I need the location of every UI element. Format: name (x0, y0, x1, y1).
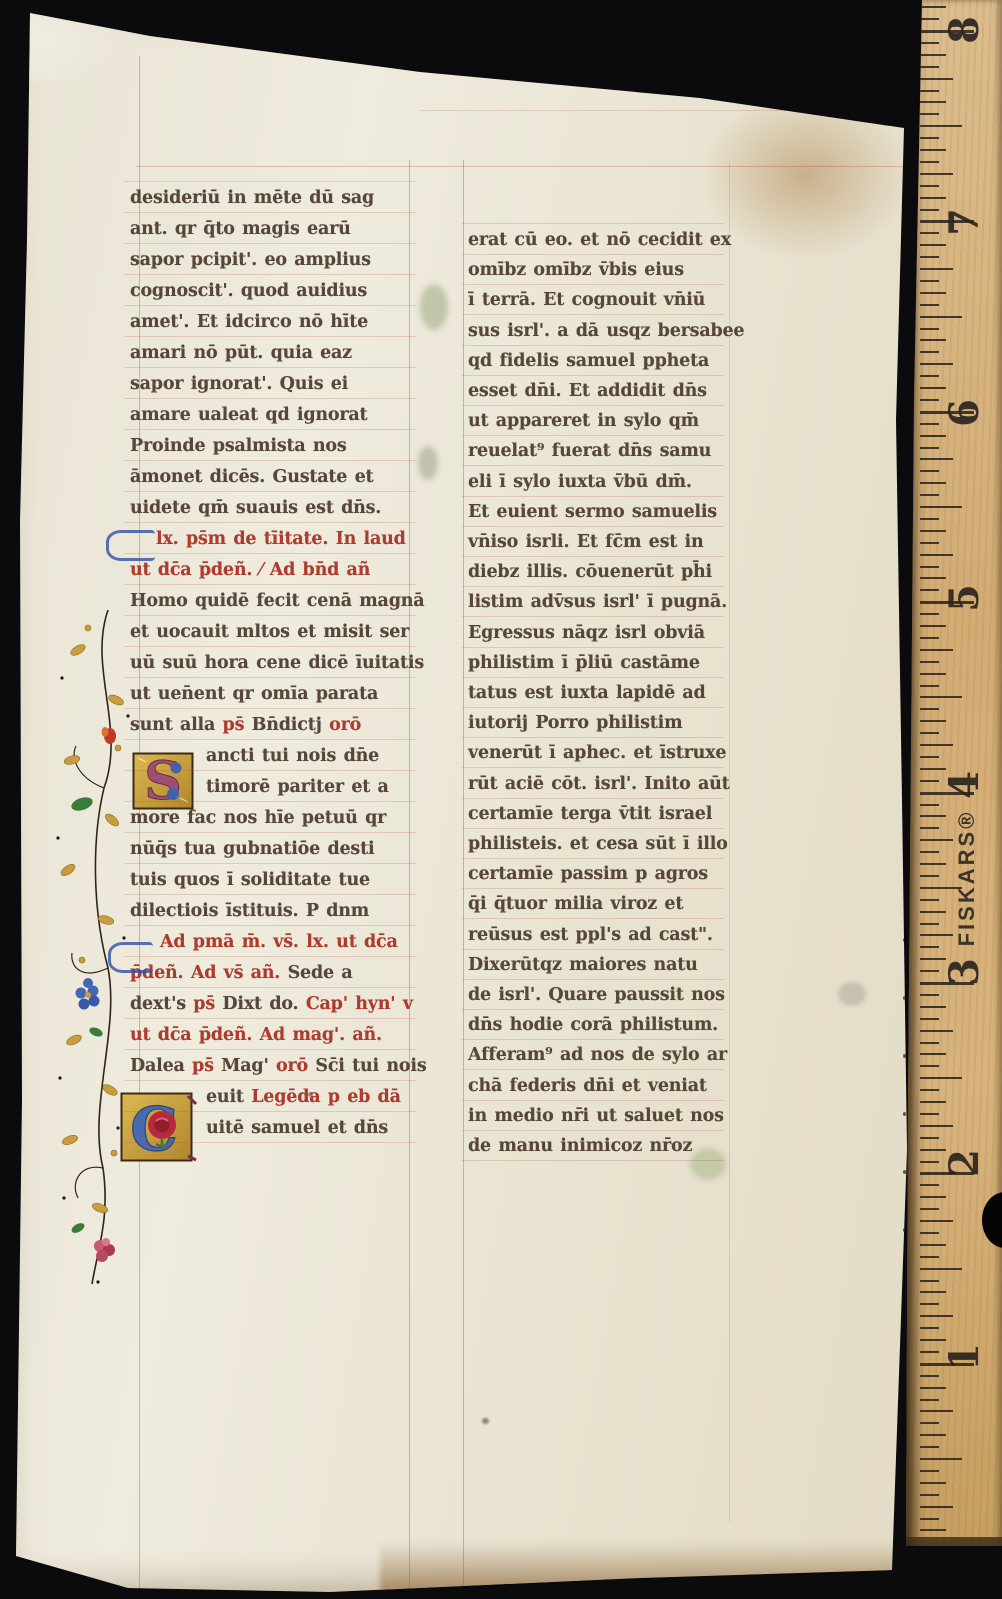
ruler-tick (920, 970, 939, 972)
ruler-tick (920, 1184, 939, 1186)
ruling-line-horizontal (462, 737, 724, 738)
ruler-tick (920, 149, 946, 151)
ruler-tick (920, 744, 953, 746)
text-segment: ant. qr q̄to magis earū (130, 219, 351, 239)
ruler-tick (920, 304, 939, 306)
ruling-line-horizontal (124, 584, 416, 585)
ruling-line-horizontal (124, 677, 416, 678)
text-segment: philistim ī p̄liū castāme (468, 653, 700, 673)
ruling-line-horizontal (462, 858, 724, 859)
text-segment: sus isrl'. a dā usqz bersabee (468, 321, 744, 341)
ruler-tick (920, 566, 939, 568)
text-line: uidete qm̄ suauis est dn̄s. (130, 498, 381, 518)
ruling-line-horizontal (462, 616, 724, 617)
text-segment: Proinde psalmista nos (130, 436, 347, 456)
ruling-line-horizontal (462, 496, 724, 497)
text-line: listim adv̄sus isrl' ī pugnā. (468, 592, 727, 612)
text-line: de isrl'. Quare paussit nos (468, 985, 725, 1005)
ruling-line-horizontal (124, 398, 416, 399)
ruler-tick (920, 1244, 946, 1246)
text-line: Ad pmā m̄. vs̄. lx. ut dc̄a (160, 932, 398, 952)
text-line: uitē samuel et dn̄s (206, 1118, 388, 1138)
gutter-stain (418, 446, 438, 480)
text-line: desideriū in mēte dū sag (130, 188, 374, 208)
ruler-tick (920, 66, 939, 68)
text-line: Et euient sermo samuelis (468, 502, 717, 522)
ruler-tick (920, 1506, 953, 1508)
ruling-line-horizontal (124, 243, 416, 244)
ruler-tick (920, 673, 946, 675)
text-segment: ut appareret in sylo qm̄ (468, 411, 699, 431)
ruling-line-horizontal (462, 677, 724, 678)
text-line: certamīe terga v̄tit israel (468, 804, 712, 824)
text-segment: et uocauit mltos et misit ser (130, 622, 409, 642)
ruling-line-horizontal (462, 647, 724, 648)
ruler-tick (920, 875, 939, 877)
pricking-hole (903, 938, 906, 942)
text-segment: eli ī sylo iuxta v̄bū dm̄. (468, 472, 692, 492)
ruler-tick (920, 232, 939, 234)
ruler-tick (920, 1387, 946, 1389)
ruling-line-horizontal (462, 586, 724, 587)
text-line: et uocauit mltos et misit ser (130, 622, 409, 642)
ruler-tick (920, 423, 939, 425)
pricking-hole (903, 1170, 906, 1174)
bottom-edge-browning (380, 1540, 900, 1595)
ruling-line-horizontal (462, 767, 724, 768)
ruler-tick (920, 125, 962, 127)
ruling-line-horizontal (124, 181, 416, 182)
text-segment: rūt aciē cōt. isrl'. Inito aūt (468, 774, 730, 794)
ruler-tick (920, 923, 939, 925)
ruler-tick (920, 1529, 946, 1531)
ruling-line-horizontal (124, 429, 416, 430)
text-segment: more fac nos hīe petuū qr (130, 808, 386, 828)
ruling-line-horizontal (462, 405, 724, 406)
text-line: Afferam⁹ ad nos de sylo ar (468, 1045, 727, 1065)
ruler-tick (920, 625, 946, 627)
ruler-tick (920, 482, 946, 484)
ruler-tick (920, 589, 939, 591)
pricking-hole (903, 648, 906, 652)
pricking-hole (903, 706, 906, 710)
ruler-tick (920, 911, 946, 913)
ruler-tick (920, 18, 939, 20)
text-segment: uū suū hora cene dicē īuitatis (130, 653, 424, 673)
text-line: philisteis. et cesa sūt ī illo (468, 834, 728, 854)
text-segment: tuis quos ī soliditate tue (130, 870, 370, 890)
ruling-line-horizontal (124, 522, 416, 523)
text-segment: Egressus nāqz isrl obviā (468, 623, 705, 643)
text-segment: orō (276, 1056, 315, 1076)
ruler-tick (920, 1256, 939, 1258)
text-line: esset dn̄i. Et addidit dn̄s (468, 381, 707, 401)
ruler-tick (920, 268, 953, 270)
ruler-tick (920, 387, 946, 389)
ruler-tick (920, 209, 939, 211)
ruling-line-horizontal (462, 556, 724, 557)
text-segment: dext's (130, 994, 193, 1014)
ruler-brand-label: FISKARS® (954, 798, 982, 958)
text-segment: p̄deñ. Ad vs̄ añ. (130, 963, 288, 983)
ruler-tick (920, 78, 953, 80)
text-segment: sunt alla (130, 715, 223, 735)
text-line: Homo quidē fecit cenā magnā (130, 591, 424, 611)
manuscript-leaf: S C desideriū in mēte dū sagant. qr q̄to… (0, 0, 1002, 1599)
text-segment: uitē samuel et dn̄s (206, 1118, 388, 1138)
pricking-hole (903, 880, 906, 884)
text-line: more fac nos hīe petuū qr (130, 808, 386, 828)
text-segment: reūsus est ppl's ad cast". (468, 925, 713, 945)
ruler-tick (920, 1470, 939, 1472)
text-segment: q̄i q̄tuor milia viroz et (468, 894, 683, 914)
ruler-tick (920, 375, 939, 377)
ruling-line-horizontal (420, 110, 906, 111)
ruler-tick (920, 1303, 939, 1305)
ruler-tick (920, 1137, 939, 1139)
ruler-hang-hole (982, 1192, 1002, 1248)
ruling-line-horizontal (124, 739, 416, 740)
ruler-tick (920, 1375, 939, 1377)
text-segment: diebz illis. cōuenerūt ph̄i (468, 562, 712, 582)
ruling-line-horizontal (124, 832, 416, 833)
ruling-line-horizontal (124, 925, 416, 926)
text-line: ut uen̄ent qr omīa parata (130, 684, 378, 704)
ruler-tick (920, 256, 939, 258)
text-line: amare ualeat qd ignorat (130, 405, 367, 425)
ruling-line-horizontal (124, 646, 416, 647)
ruling-line-vertical (409, 160, 410, 1588)
ruler-tick (920, 292, 946, 294)
text-line: dilectiois īstituis. P dnm (130, 901, 369, 921)
text-segment: timorē pariter et a (206, 777, 389, 797)
text-line: qd fidelis samuel ppheta (468, 351, 709, 371)
text-segment: euit (206, 1087, 251, 1107)
ruling-line-horizontal (124, 553, 416, 554)
text-line: timorē pariter et a (206, 777, 389, 797)
ruler-tick (920, 1327, 939, 1329)
ruler-tick (920, 1232, 939, 1234)
blue-paragraph-bracket (106, 530, 155, 561)
text-segment: ut dc̄a p̄deñ. ⁄ Ad bn̄d añ (130, 560, 370, 580)
ruling-line-horizontal (124, 1111, 416, 1112)
text-line: reuelat⁹ fuerat dn̄s samu (468, 441, 711, 461)
ruler-tick (920, 530, 946, 532)
text-segment: nūq̄s tua gubnatiōe desti (130, 839, 374, 859)
text-segment: reuelat⁹ fuerat dn̄s samu (468, 441, 711, 461)
ruling-line-horizontal (124, 1142, 416, 1143)
text-line: euit Legēda p eb dā (206, 1087, 401, 1107)
ruler-tick (920, 137, 939, 139)
text-segment: Bn̄dictj (252, 715, 329, 735)
pricking-hole (903, 1286, 906, 1290)
text-segment: qd fidelis samuel ppheta (468, 351, 709, 371)
text-line: q̄i q̄tuor milia viroz et (468, 894, 683, 914)
text-line: ancti tui nois dn̄e (206, 746, 379, 766)
text-line: p̄deñ. Ad vs̄ añ. Sede a (130, 963, 352, 983)
text-line: ī terrā. Et cognouit vn̄iū (468, 290, 705, 310)
ruling-line-horizontal (124, 770, 416, 771)
ruler-tick (920, 506, 962, 508)
text-line: reūsus est ppl's ad cast". (468, 925, 713, 945)
illuminated-initial-c: C (120, 1092, 198, 1164)
ruler-tick (920, 101, 946, 103)
ruler-tick (920, 1482, 946, 1484)
photograph-of-manuscript-leaf-with-ruler: S C desideriū in mēte dū sagant. qr q̄to… (0, 0, 1002, 1599)
text-line: dext's ps̄ Dixt do. Cap' hyn' v (130, 994, 413, 1014)
blue-flower (76, 978, 100, 1010)
pink-flower (94, 1238, 115, 1262)
ruler-tick (920, 1089, 939, 1091)
ruler-tick (920, 685, 939, 687)
ruling-line-horizontal (462, 254, 724, 255)
ruler-tick (920, 1291, 946, 1293)
ruler-tick (920, 1125, 953, 1127)
ruler-tick (920, 458, 953, 460)
ruling-line-horizontal (462, 284, 724, 285)
ruler-tick (920, 447, 939, 449)
ruling-line-horizontal (462, 223, 724, 224)
ruler-tick (920, 696, 962, 698)
ruling-line-horizontal (124, 1018, 416, 1019)
ruler-inch-number: 7 (941, 199, 985, 245)
ruling-line-horizontal (462, 979, 724, 980)
text-line: uū suū hora cene dicē īuitatis (130, 653, 424, 673)
ruling-line-horizontal (462, 949, 724, 950)
ruler-inch-number: 2 (941, 1140, 985, 1186)
ruler-tick (920, 185, 939, 187)
text-segment: ps̄ (192, 1056, 221, 1076)
text-line: erat cū eo. et nō cecidit ex (468, 230, 731, 250)
ruler-tick (920, 1018, 939, 1020)
text-segment: listim adv̄sus isrl' ī pugnā. (468, 592, 727, 612)
text-segment: Sc̄i tui nois (315, 1056, 426, 1076)
ruling-line-horizontal (124, 274, 416, 275)
ruler-tick (920, 494, 939, 496)
text-line: amari nō pūt. quia eaz (130, 343, 352, 363)
red-bud (102, 727, 117, 744)
grey-smudge (838, 982, 866, 1006)
text-line: Proinde psalmista nos (130, 436, 347, 456)
ruling-line-horizontal (136, 166, 906, 167)
ruler-tick (920, 1446, 939, 1448)
ruling-line-horizontal (124, 801, 416, 802)
ruling-line-horizontal (124, 987, 416, 988)
text-line: venerūt ī aphec. et īstruxe (468, 743, 726, 763)
ruler-tick (920, 613, 939, 615)
ruler-tick (920, 732, 939, 734)
ruling-line-horizontal (462, 435, 724, 436)
ruling-line-horizontal (462, 345, 724, 346)
ruler-tick (920, 661, 939, 663)
pricking-hole (903, 1402, 906, 1406)
text-line: sus isrl'. a dā usqz bersabee (468, 321, 744, 341)
ruling-line-horizontal (462, 1160, 724, 1161)
text-line: in medio nr̄i ut saluet nos (468, 1106, 724, 1126)
ruler-tick (920, 994, 939, 996)
ruler-tick (920, 1434, 946, 1436)
ruling-line-horizontal (124, 1049, 416, 1050)
ruling-line-horizontal (462, 828, 724, 829)
text-line: chā federis dn̄i et veniat (468, 1076, 707, 1096)
text-line: Egressus nāqz isrl obviā (468, 623, 705, 643)
text-segment: sapor pcipit'. eo amplius (130, 250, 371, 270)
pricking-hole (903, 764, 906, 768)
ruling-line-horizontal (124, 708, 416, 709)
ruler-tick (920, 399, 939, 401)
text-segment: ī terrā. Et cognouit vn̄iū (468, 290, 705, 310)
ruler-tick (920, 351, 939, 353)
ruler-tick (920, 1422, 939, 1424)
ruling-line-horizontal (124, 367, 416, 368)
ruler-tick (920, 946, 939, 948)
pricking-hole (903, 1112, 906, 1116)
browned-corner-stain (700, 90, 910, 260)
ruling-line-horizontal (124, 863, 416, 864)
text-segment: āmonet dicēs. Gustate et (130, 467, 373, 487)
ruling-line-horizontal (462, 1069, 724, 1070)
text-line: tatus est iuxta lapidē ad (468, 683, 706, 703)
text-line: cognoscit'. quod auidius (130, 281, 367, 301)
ruler-tick (920, 1518, 939, 1520)
ruler-tick (920, 1065, 939, 1067)
ruler-tick (920, 637, 939, 639)
text-line: omībz omībz v̄bis eius (468, 260, 684, 280)
ruling-line-horizontal (462, 314, 724, 315)
ruling-line-horizontal (462, 707, 724, 708)
text-line: philistim ī p̄liū castāme (468, 653, 700, 673)
ruling-line-horizontal (462, 1009, 724, 1010)
pricking-hole (903, 590, 906, 594)
ruler-inch-number: 1 (941, 1334, 985, 1380)
text-line: tuis quos ī soliditate tue (130, 870, 370, 890)
ruling-line-horizontal (124, 336, 416, 337)
text-segment: ancti tui nois dn̄e (206, 746, 379, 766)
text-segment: omībz omībz v̄bis eius (468, 260, 684, 280)
text-segment: in medio nr̄i ut saluet nos (468, 1106, 724, 1126)
ruler-tick (920, 804, 939, 806)
pricking-hole (903, 1460, 906, 1464)
ruler-tick (920, 827, 939, 829)
text-segment: Legēda p eb dā (251, 1087, 401, 1107)
gold-leaves (59, 625, 125, 1214)
text-line: sunt alla ps̄ Bn̄dictj orō (130, 715, 361, 735)
text-line: ant. qr q̄to magis earū (130, 219, 351, 239)
text-segment: lx. ps̄m de tīitate. In laud (156, 529, 406, 549)
text-segment: Dixt do. (222, 994, 305, 1014)
ruling-line-horizontal (124, 460, 416, 461)
wooden-ruler: 87654321 FISKARS® (906, 0, 1002, 1546)
text-line: amet'. Et idcirco nō hīte (130, 312, 368, 332)
text-segment: ps̄ (223, 715, 252, 735)
text-segment: Et euient sermo samuelis (468, 502, 717, 522)
ruling-line-horizontal (124, 615, 416, 616)
text-line: rūt aciē cōt. isrl'. Inito aūt (468, 774, 730, 794)
gutter-stain (420, 284, 448, 330)
text-segment: Mag' (221, 1056, 276, 1076)
ruler-tick (920, 90, 939, 92)
text-line: sapor ignorat'. Quis ei (130, 374, 348, 394)
text-line: certamīe passim p agros (468, 864, 708, 884)
ruler-tick (920, 756, 939, 758)
ruler-tick (920, 863, 946, 865)
ruler-tick (920, 1030, 953, 1032)
ruler-tick (920, 1006, 946, 1008)
ruler-tick (920, 720, 946, 722)
green-smudge (690, 1148, 726, 1180)
ruler-inch-number: 8 (941, 7, 985, 53)
text-segment: esset dn̄i. Et addidit dn̄s (468, 381, 707, 401)
text-line: Dixerūtqz maiores natu (468, 955, 698, 975)
text-segment: de manu inimicoz nr̄oz (468, 1136, 692, 1156)
text-segment: Ad pmā m̄. vs̄. lx. ut dc̄a (160, 932, 398, 952)
ruler-tick (920, 518, 939, 520)
text-segment: ps̄ (193, 994, 222, 1014)
text-segment: Dixerūtqz maiores natu (468, 955, 698, 975)
ruler-tick (920, 851, 939, 853)
ruler-tick (920, 54, 946, 56)
text-segment: Dalea (130, 1056, 192, 1076)
ruler-tick (920, 649, 953, 651)
ruler-tick (920, 173, 953, 175)
ruling-line-horizontal (462, 918, 724, 919)
text-segment: erat cū eo. et nō cecidit ex (468, 230, 731, 250)
text-segment: desideriū in mēte dū sag (130, 188, 374, 208)
ruling-line-horizontal (462, 375, 724, 376)
ruler-tick (920, 1196, 946, 1198)
ruler-tick (920, 1315, 953, 1317)
blue-paragraph-bracket (108, 942, 153, 973)
ruling-line-horizontal (462, 1039, 724, 1040)
ruling-line-horizontal (124, 1080, 416, 1081)
ruler-tick (920, 1458, 962, 1460)
ruler-tick (920, 113, 939, 115)
text-line: ut dc̄a p̄deñ. ⁄ Ad bn̄d añ (130, 560, 370, 580)
ruler-tick (920, 1113, 939, 1115)
ruler-tick (920, 1208, 939, 1210)
text-segment: Afferam⁹ ad nos de sylo ar (468, 1045, 727, 1065)
ruling-line-horizontal (462, 888, 724, 889)
text-line: vn̄iso isrli. Et fc̄m est in (468, 532, 704, 552)
text-segment: Homo quidē fecit cenā magnā (130, 591, 424, 611)
text-segment: dilectiois īstituis. P dnm (130, 901, 369, 921)
ruler-tick (920, 1053, 946, 1055)
ruling-line-horizontal (124, 305, 416, 306)
ruling-line-horizontal (462, 465, 724, 466)
text-segment: Sede a (288, 963, 353, 983)
text-segment: ut uen̄ent qr omīa parata (130, 684, 378, 704)
ruler-tick (920, 1220, 953, 1222)
ruler-tick (920, 815, 946, 817)
text-segment: philisteis. et cesa sūt ī illo (468, 834, 728, 854)
ruling-line-horizontal (462, 798, 724, 799)
ruler-tick (920, 161, 939, 163)
text-segment: cognoscit'. quod auidius (130, 281, 367, 301)
text-line: de manu inimicoz nr̄oz (468, 1136, 692, 1156)
text-line: āmonet dicēs. Gustate et (130, 467, 373, 487)
text-line: lx. ps̄m de tīitate. In laud (156, 529, 406, 549)
ruling-line-horizontal (462, 526, 724, 527)
ruler-tick (920, 708, 939, 710)
ruler-tick (920, 1042, 939, 1044)
text-line: ut appareret in sylo qm̄ (468, 411, 699, 431)
ruler-tick (920, 42, 939, 44)
text-line: ut dc̄a p̄deñ. Ad mag'. añ. (130, 1025, 382, 1045)
ruler-tick (920, 554, 953, 556)
ruling-line-horizontal (124, 956, 416, 957)
text-line: diebz illis. cōuenerūt ph̄i (468, 562, 712, 582)
ruler-tick (920, 363, 953, 365)
